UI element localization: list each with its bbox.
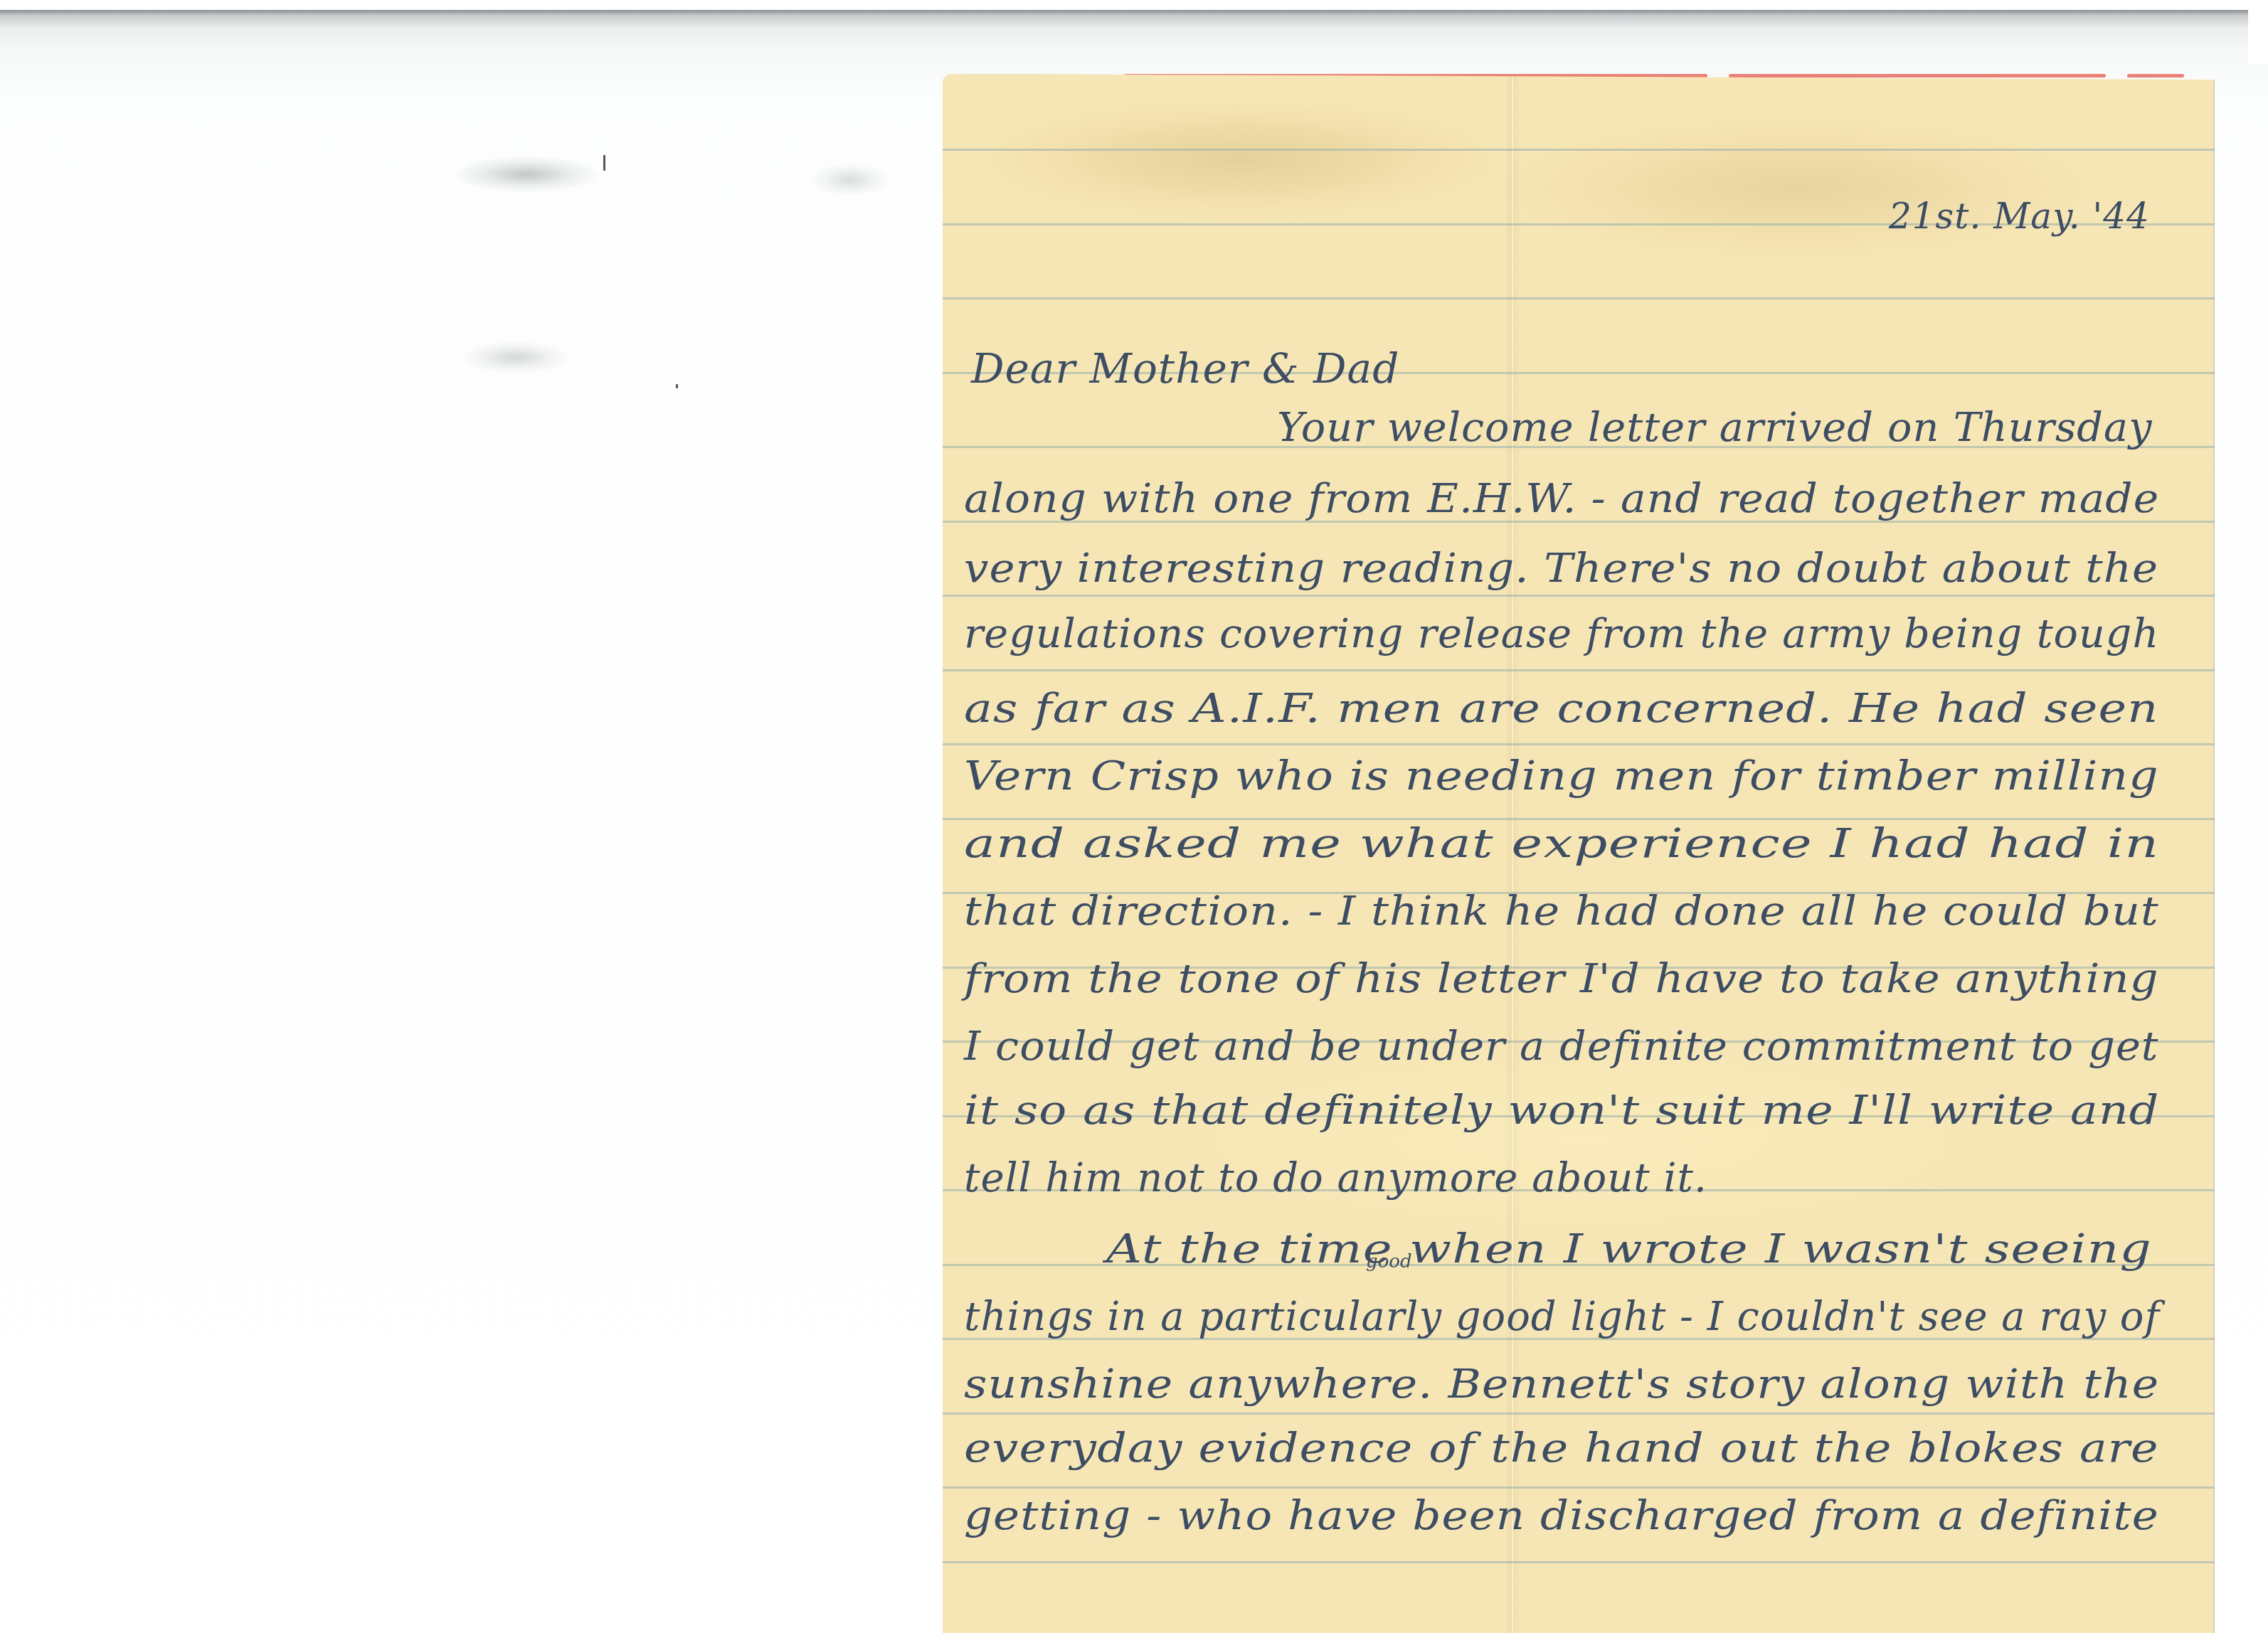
scan-smudge xyxy=(811,164,889,196)
scan-speck xyxy=(603,155,605,171)
letter-line: things in a particularly good light - I … xyxy=(964,1297,2160,1337)
letter-line: as far as A.I.F. men are concerned. He h… xyxy=(964,689,2158,729)
letter-line: that direction. - I think he had done al… xyxy=(964,892,2159,932)
letter-line: from the tone of his letter I'd have to … xyxy=(964,959,2159,999)
letter-line: I could get and be under a definite comm… xyxy=(964,1027,2159,1067)
scan-speck xyxy=(676,384,678,388)
inserted-word: good xyxy=(1366,1251,1412,1272)
ruled-line xyxy=(943,818,2215,820)
ruled-line xyxy=(943,595,2215,597)
letter-line: everyday evidence of the hand out the bl… xyxy=(964,1429,2159,1469)
letter-line: Your welcome letter arrived on Thursday xyxy=(1277,408,2153,448)
letter-line: sunshine anywhere. Bennett's story along… xyxy=(964,1365,2159,1405)
letter-date: 21st. May. '44 xyxy=(1889,198,2150,234)
paper-red-edge xyxy=(2127,74,2184,78)
ruled-line xyxy=(943,1561,2215,1563)
letter-paper: 21st. May. '44 Dear Mother & Dad Your we… xyxy=(943,74,2215,1633)
ruled-line xyxy=(943,743,2215,745)
letter-line: regulations covering release from the ar… xyxy=(964,615,2159,654)
letter-line: it so as that definitely won't suit me I… xyxy=(964,1091,2160,1131)
ruled-line xyxy=(943,1487,2215,1489)
letter-line: At the time when I wrote I wasn't seeing xyxy=(1106,1230,2152,1270)
letter-line: Vern Crisp who is needing men for timber… xyxy=(964,757,2159,797)
ruled-line xyxy=(943,149,2215,151)
letter-line: and asked me what experience I had had i… xyxy=(964,824,2159,864)
ruled-line xyxy=(943,297,2215,299)
letter-line: along with one from E.H.W. - and read to… xyxy=(964,479,2159,519)
scan-smudge xyxy=(462,341,569,373)
letter-line: tell him not to do anymore about it. xyxy=(964,1159,1707,1198)
letter-line: very interesting reading. There's no dou… xyxy=(964,549,2158,589)
letter-salutation: Dear Mother & Dad xyxy=(971,348,1399,389)
letter-line: getting - who have been discharged from … xyxy=(964,1496,2159,1536)
scan-top-right-margin xyxy=(2248,0,2268,64)
ruled-line xyxy=(943,669,2215,671)
paper-red-edge xyxy=(1729,74,2106,78)
scan-smudge xyxy=(455,156,598,192)
ruled-line xyxy=(943,1413,2215,1415)
scan-top-margin xyxy=(0,0,2268,9)
